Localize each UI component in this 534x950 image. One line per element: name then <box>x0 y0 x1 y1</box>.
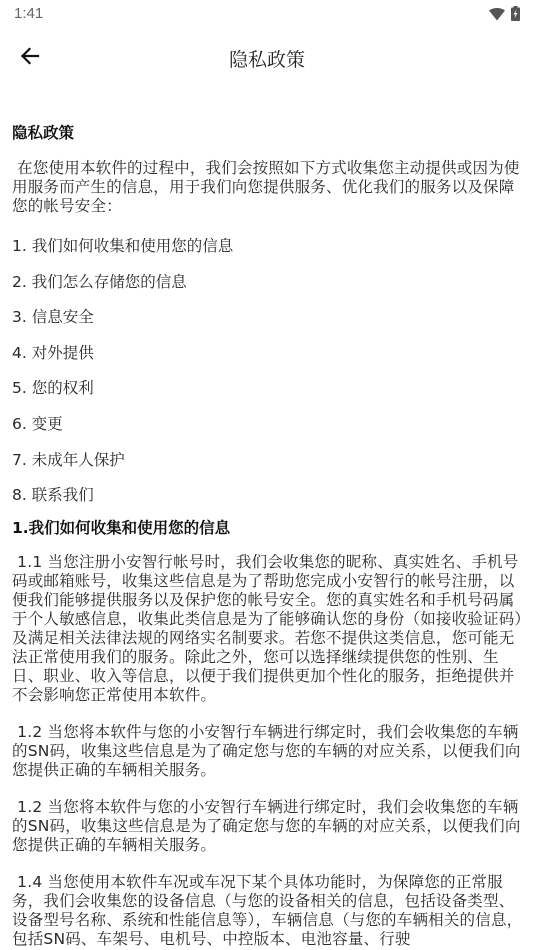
toc-item-6: 6. 变更 <box>12 414 526 450</box>
toc-item-4: 4. 对外提供 <box>12 343 526 379</box>
toc-item-3: 3. 信息安全 <box>12 307 526 343</box>
paragraph-1-2-duplicate: 1.2 当您将本软件与您的小安智行车辆进行绑定时，我们会收集您的车辆的SN码，收… <box>12 798 526 855</box>
policy-title: 隐私政策 <box>12 124 526 144</box>
toc-item-7: 7. 未成年人保护 <box>12 450 526 486</box>
policy-content[interactable]: 隐私政策 在您使用本软件的过程中，我们会按照如下方式收集您主动提供或因为使用服务… <box>12 124 526 949</box>
app-bar: 隐私政策 <box>0 28 534 86</box>
paragraph-1-2: 1.2 当您将本软件与您的小安智行车辆进行绑定时，我们会收集您的车辆的SN码，收… <box>12 723 526 780</box>
toc-item-5: 5. 您的权利 <box>12 378 526 414</box>
intro-paragraph: 在您使用本软件的过程中，我们会按照如下方式收集您主动提供或因为使用服务而产生的信… <box>12 159 526 216</box>
table-of-contents: 1. 我们如何收集和使用您的信息 2. 我们怎么存储您的信息 3. 信息安全 4… <box>12 236 526 521</box>
status-time: 1:41 <box>14 5 43 22</box>
page-title: 隐私政策 <box>0 45 534 72</box>
toc-item-2: 2. 我们怎么存储您的信息 <box>12 272 526 308</box>
battery-charging-icon <box>511 6 520 25</box>
toc-item-8: 8. 联系我们 <box>12 485 526 521</box>
paragraph-1-4: 1.4 当您使用本软件车况或车况下某个具体功能时，为保障您的正常服务，我们会收集… <box>12 873 526 949</box>
toc-item-1: 1. 我们如何收集和使用您的信息 <box>12 236 526 272</box>
section-1-heading: 1.我们如何收集和使用您的信息 <box>12 519 526 539</box>
status-icons <box>489 6 520 25</box>
paragraph-1-1: 1.1 当您注册小安智行帐号时，我们会收集您的昵称、真实姓名、手机号码或邮箱账号… <box>12 553 526 705</box>
wifi-icon <box>489 6 505 25</box>
status-bar: 1:41 <box>0 0 534 28</box>
